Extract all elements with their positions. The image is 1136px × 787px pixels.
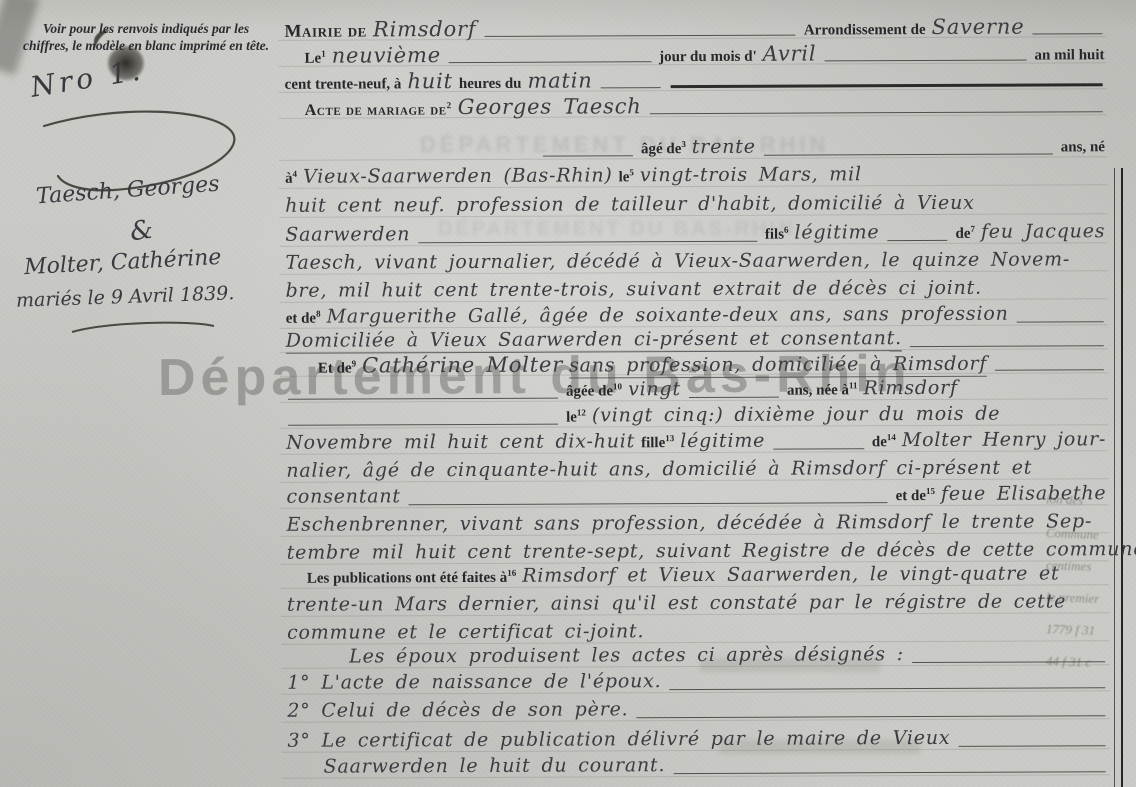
fill-rule [958,745,1105,747]
line-father-death-2: bre, mil huit cent trente-trois, suivant… [285,276,1105,306]
handwritten-text: Taesch, vivant journalier, décédé à Vieu… [285,248,1070,273]
cent-trente-neuf-label: cent trente-neuf, à [285,76,402,94]
handwritten-text: nalier, âgé de cinquante-huit ans, domic… [286,457,1032,482]
fill-rule [764,153,1053,155]
handwritten-text: Les époux produisent les actes ci après … [349,643,904,667]
line-father-death-1: Taesch, vivant journalier, décédé à Vieu… [285,248,1105,278]
jour-du-mois-label: jour du mois d' [659,49,757,66]
marriage-act-scan: DÉPARTEMENT DU BAS-RHIN DÉPARTEMENT DU B… [0,0,1136,787]
an-mil-huit-label: an mil huit [1034,47,1104,64]
legitime-value: légitime [680,430,765,452]
handwritten-text: Novembre mil huit cent dix-huit [286,430,635,454]
margin-marriage-date: mariés le 9 Avril 1839. [16,282,235,312]
fille-label: fille13 [641,433,674,452]
a-label: à4 [285,169,297,188]
groom-mother-name: Marguerithe Gallé, âgée de soixante-deux… [327,303,1009,328]
fill-rule [601,87,661,88]
margin-underline-flourish [68,314,218,340]
handwritten-text: Eschenbrenner, vivant sans profession, d… [287,510,1093,536]
handwritten-text: tembre mil huit cent trente-sept, suivan… [287,538,1136,564]
fill-rule [689,397,779,398]
handwritten-text: trente-un Mars dernier, ainsi qu'il est … [287,590,1066,615]
line-mairie: Mairie de Rimsdorf Arrondissement de Sav… [284,14,1104,44]
fils-label: fils6 [765,225,789,244]
fill-rule [824,60,1026,62]
fill-rule [673,771,1105,774]
le-label: le5 [619,167,634,186]
fill-rule [288,398,558,400]
heures-du-label: heures du [459,76,522,93]
line-piece-1: 1° L'acte de naissance de l'époux. [287,668,1107,698]
line-fils-legitime: Saarwerden fils6 légitime de7 feu Jacque… [285,220,1105,250]
et-de-label: et de8 [286,309,321,328]
bride-father-name: Molter Henry jour- [902,428,1106,451]
mairie-label: Mairie de [284,20,367,41]
line-groom-profession: huit cent neuf. profession de tailleur d… [285,191,1105,221]
fill-rule [1032,33,1102,34]
groom-age-value: trente [692,136,756,158]
fill-rule [484,35,795,37]
fill-rule [912,661,1105,663]
hour-value: huit [407,69,453,93]
fill-rule [543,155,633,156]
publications-places: Rimsdorf et Vieux Saarwerden, le vingt-q… [522,562,1059,586]
fill-rule [1017,321,1104,322]
fill-rule [288,424,558,426]
month-value: Avril [763,41,817,65]
line-bride-age: âgée de10 vingt ans, née à11 Rimsdorf [286,376,1106,406]
arrondissement-label: Arrondissement de [804,22,926,40]
le-label: le12 [566,407,586,426]
handwritten-text: commune et le certificat ci-joint. [287,620,644,644]
handwritten-text-underlined: Domiciliée à Vieux Saarwerden ci-présent… [286,327,902,354]
arrondissement-name: Saverne [932,15,1025,39]
fill-rule [670,687,1106,690]
agee-de-label: âgée de10 [566,381,622,400]
le-label: Le1 [304,49,325,68]
fill-rule [910,345,1104,347]
indent [285,154,535,155]
handwritten-text: bre, mil huit cent trente-trois, suivant… [285,277,981,302]
fill-rule [773,448,864,449]
line-piece-2: 2° Celui de décès de son père. [287,696,1107,726]
page-edge-double-rule [1114,168,1123,787]
groom-full-name: Georges Taesch [458,94,642,119]
de-label: de7 [955,224,975,243]
line-groom-birth: à4 Vieux-Saarwerden (Bas-Rhin) le5 vingt… [285,162,1105,192]
line-bride-fille: Novembre mil huit cent dix-huit fille13 … [286,428,1106,458]
margin-ampersand: & [128,215,155,248]
commune-name: Rimsdorf [373,17,477,41]
moment-value: matin [527,68,592,92]
line-acte-title: Acte de mariage de2 Georges Taesch [285,92,1105,122]
handwritten-text: Saarwerden [285,223,410,246]
act-body: Mairie de Rimsdorf Arrondissement de Sav… [284,0,1107,787]
groom-birthplace: Vieux-Saarwerden (Bas-Rhin) [303,164,613,187]
bride-mother-name: feue Elisabethe [941,482,1107,505]
de-label: de14 [872,432,896,451]
margin-note-line1: Voir pour les renvois indiqués par les [43,21,249,36]
handwritten-text: consentant [286,485,400,507]
handwritten-text: Saarwerden le huit du courant. [324,754,666,777]
bride-status: sans profession, domiciliée à Rimsdorf [569,353,987,379]
line-publications-2: trente-un Mars dernier, ainsi qu'il est … [287,590,1107,620]
act-number: Nro 1. [28,53,146,103]
fill-rule [418,241,757,243]
bride-birthdate: (vingt cinq:) dixième jour du mois de [592,403,1000,427]
line-date: Le1 neuvième jour du mois d' Avril an mi… [284,40,1104,70]
groom-father-name: feu Jacques [981,220,1105,243]
handwritten-text: 2° Celui de décès de son père. [287,698,628,721]
line-piece-3: 3° Le certificat de publication délivré … [287,726,1107,756]
line-piece-3-cont: Saarwerden le huit du courant. [288,752,1108,782]
fill-rule [449,61,651,63]
line-pieces-intro: Les époux produisent les actes ci après … [287,642,1107,672]
legitime-value: légitime [794,221,879,243]
acte-de-mariage-label: Acte de mariage de2 [305,100,452,120]
fill-rule-thick [671,83,1103,88]
line-groom-age: âgé de3 trente ans, né [285,134,1105,164]
line-bride-mother-death-1: Eschenbrenner, vivant sans profession, d… [287,510,1107,540]
ans-ne-label: ans, né [1061,139,1105,156]
day-value: neuvième [332,43,441,67]
margin-bride-name: Molter, Cathérine [23,245,222,280]
groom-birthdate: vingt-trois Mars, mil [640,163,862,186]
age-label: âgé de3 [641,139,686,158]
fill-rule [409,502,888,505]
bride-age-value: vingt [628,378,681,400]
handwritten-text: 1° L'acte de naissance de l'époux. [287,670,661,694]
line-consentant: consentant et de15 feue Elisabethe [286,482,1106,512]
handwritten-text: 3° Le certificat de publication délivré … [287,727,950,752]
fill-rule [650,111,1103,114]
bride-birthplace: Rimsdorf [863,377,957,399]
line-publications: Les publications ont été faites à16 Rims… [287,562,1107,592]
line-bride-birthdate: le12 (vingt cinq:) dixième jour du mois … [286,402,1106,432]
fill-rule [887,240,947,241]
line-bride: Et de9 Cathérine Molter sans profession,… [286,350,1106,380]
fill-rule [636,715,1105,718]
fill-rule [995,369,1104,370]
margin-column: Voir pour les renvois indiqués par les c… [8,0,284,787]
publications-label: Les publications ont été faites à16 [307,568,517,588]
nee-a-label: ans, née à11 [787,380,858,399]
et-de-bride-label: Et de9 [318,358,356,377]
et-de-label: et de15 [896,486,935,505]
handwritten-text: huit cent neuf. profession de tailleur d… [285,192,975,217]
line-hour: cent trente-neuf, à huit heures du matin [285,66,1105,96]
bride-full-name: Cathérine Molter [362,353,563,378]
line-bride-father: nalier, âgé de cinquante-huit ans, domic… [286,456,1106,486]
